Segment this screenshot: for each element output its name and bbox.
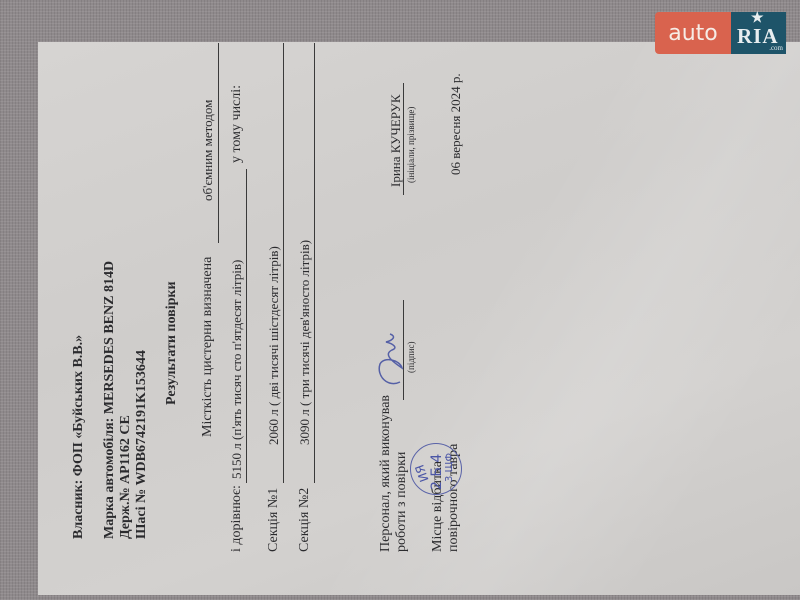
personnel-label-line-2: роботи з повірки xyxy=(394,452,410,552)
inspector-name: Ірина КУЧЕРУК xyxy=(388,94,404,187)
watermark-auto-text: auto xyxy=(655,12,731,54)
equals-label: і дорівнює: xyxy=(229,485,245,552)
stamp-bottom-text: 3 ЩФ xyxy=(444,453,455,482)
section-title: Результати повірки xyxy=(164,281,180,405)
section-1-value: 2060 л ( дві тисячі шістдесят літрів) xyxy=(266,246,282,445)
stamp-middle-text: 2 Б 4 xyxy=(429,454,445,490)
watermark-suffix: .com xyxy=(769,44,783,52)
capacity-method: об'ємним методом xyxy=(200,100,216,201)
owner-line: Власник: ФОП «Буйських В.В.» xyxy=(71,335,87,539)
section-1-underline xyxy=(283,43,284,483)
method-underline xyxy=(218,43,219,243)
section-2-underline xyxy=(314,43,315,483)
including-label: у тому числі: xyxy=(229,85,245,163)
total-underline xyxy=(246,169,247,483)
capacity-label: Місткість цистерни визначена xyxy=(200,257,216,437)
signature-mark xyxy=(370,330,410,390)
section-2-label: Секція №2 xyxy=(297,488,313,552)
chassis-line: Шасі № WDB6742191K153644 xyxy=(134,350,150,539)
car-make-line: Марка автомобіля: MERSEDES BENZ 814D xyxy=(102,261,118,539)
total-capacity-value: 5150 л (п'ять тисяч сто п'ятдесят літрів… xyxy=(229,260,245,479)
verification-document: Власник: ФОП «Буйських В.В.» Марка автом… xyxy=(38,42,800,595)
verification-stamp: ИЯ 2 Б 4 3 ЩФ xyxy=(410,443,462,495)
watermark-ria-block: ★ RIA .com xyxy=(731,12,786,54)
section-2-value: 3090 л ( три тисячі дев'яносто літрів) xyxy=(297,240,313,445)
name-caption: (ініціали, прізвище) xyxy=(406,107,416,183)
personnel-label-line-1: Персонал, який виконував xyxy=(378,395,394,552)
autoria-watermark: auto ★ RIA .com xyxy=(655,12,786,54)
document-date: 06 вересня 2024 р. xyxy=(448,73,464,175)
plate-line: Держ.№ AP1162 CE xyxy=(118,415,134,539)
section-1-label: Секція №1 xyxy=(266,488,282,552)
